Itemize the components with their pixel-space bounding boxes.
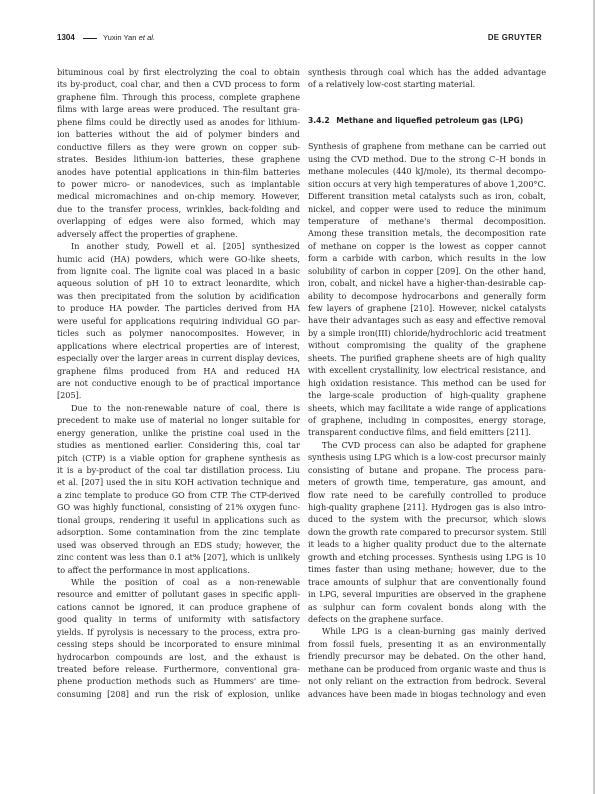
text-line: [205]. <box>57 389 300 401</box>
text-line: While the position of coal as a non-rene… <box>57 576 300 588</box>
text-line: graphene film. Through this process, com… <box>57 91 300 103</box>
text-line: was then precipitated from the solution … <box>57 290 300 302</box>
text-line: In another study, Powell et al. [205] sy… <box>57 240 300 252</box>
text-line: in LPG, several impurities are observed … <box>308 588 546 600</box>
text-line: to produce HA powder. The particles deri… <box>57 302 300 314</box>
header-dash <box>83 38 97 39</box>
text-line: et al. [207] used the in situ KOH activa… <box>57 476 300 488</box>
text-line: energy generation, unlike the pristine c… <box>57 427 300 439</box>
text-line: consuming [208] and run the risk of expl… <box>57 688 300 700</box>
text-line: temperature of methane's thermal decompo… <box>308 215 546 227</box>
text-line: conductive fillers as they were grown on… <box>57 141 300 153</box>
text-line: phene production methods such as Hummers… <box>57 675 300 687</box>
text-line: cessing steps should be incorporated to … <box>57 638 300 650</box>
text-line: Among these transition metals, the decom… <box>308 227 546 239</box>
author-name: Yuxin Yan <box>103 33 137 42</box>
text-line: of graphene, including in composites, en… <box>308 414 546 426</box>
text-line: zinc content was less than 0.1 at% [207]… <box>57 551 300 563</box>
text-line: treated before release. Furthermore, con… <box>57 663 300 675</box>
text-line: of a relatively low-cost starting materi… <box>308 78 546 90</box>
text-line: tional groups, rendering it useful in ap… <box>57 514 300 526</box>
text-line: ticles such as polymer nanocomposites. H… <box>57 327 300 339</box>
text-line: high-quality graphene [211]. Hydrogen ga… <box>308 501 546 513</box>
text-line: methane can be produced from organic was… <box>308 663 546 675</box>
text-line: adsorption. Some contamination from the … <box>57 526 300 538</box>
text-line: aqueous solution of pH 10 to extract leo… <box>57 277 300 289</box>
text-line: it leads to a higher quality product due… <box>308 538 546 550</box>
text-line: applications where electrical properties… <box>57 340 300 352</box>
text-line: times faster than using methane; however… <box>308 563 546 575</box>
publisher-name: DE GRUYTER <box>488 33 542 42</box>
text-line: due to the transfer process, wrinkles, b… <box>57 203 300 215</box>
text-line: precedent to make use of material no lon… <box>57 414 300 426</box>
text-line: Different transition metal catalysts suc… <box>308 190 546 202</box>
text-line: ability to decompose hydrocarbons and ge… <box>308 290 546 302</box>
right-column-body: Synthesis of graphene from methane can b… <box>308 140 546 700</box>
right-column: synthesis through coal which has the add… <box>308 66 546 700</box>
text-line: transparent conductive films, and field … <box>308 426 546 438</box>
text-line: trace amounts of sulphur that are conven… <box>308 576 546 588</box>
section-title: Methane and liquefied petroleum gas (LPG… <box>336 116 523 125</box>
text-line: using the CVD method. Due to the strong … <box>308 153 546 165</box>
text-line: used was observed through an EDS study; … <box>57 539 300 551</box>
text-line: friendly precursor may be debated. On th… <box>308 650 546 662</box>
text-line: were useful for applications requiring i… <box>57 315 300 327</box>
text-line: nickel, and copper were used to reduce t… <box>308 203 546 215</box>
text-line: growth and etching processes. Synthesis … <box>308 551 546 563</box>
text-line: studies as mentioned earlier. Considerin… <box>57 439 300 451</box>
text-line: sition occurs at very high temperatures … <box>308 178 546 190</box>
text-line: a zinc template to produce GO from CTP. … <box>57 489 300 501</box>
text-line: synthesis using LPG which is a low-cost … <box>308 451 546 463</box>
text-line: to power micro- or nanodevices, such as … <box>57 178 300 190</box>
text-line: adversely affect the properties of graph… <box>57 228 300 240</box>
text-line: as sulphur can form covalent bonds along… <box>308 601 546 613</box>
text-line: hydrocarbon compounds are lost, and the … <box>57 651 300 663</box>
text-line: are not conductive enough to be of pract… <box>57 377 300 389</box>
text-line: it is a by-product of the coal tar disti… <box>57 464 300 476</box>
header-author: Yuxin Yan et al. <box>103 33 155 42</box>
text-line: ion batteries without the aid of polymer… <box>57 128 300 140</box>
text-line: medical micromachines and on-chip memory… <box>57 190 300 202</box>
text-line: pitch (CTP) is a viable option for graph… <box>57 452 300 464</box>
text-line: phene films could be directly used as an… <box>57 116 300 128</box>
text-line: without compromising the quality of the … <box>308 339 546 351</box>
text-line: synthesis through coal which has the add… <box>308 66 546 78</box>
text-line: have their advantages such as easy and e… <box>308 314 546 326</box>
text-line: duced to the system with the precursor, … <box>308 513 546 525</box>
text-line: consisting of butane and propane. The pr… <box>308 464 546 476</box>
text-line: While LPG is a clean-burning gas mainly … <box>308 625 546 637</box>
text-line: solubility of carbon in copper [209]. On… <box>308 265 546 277</box>
right-column-intro: synthesis through coal which has the add… <box>308 66 546 91</box>
text-line: graphene films produced from HA and redu… <box>57 365 300 377</box>
text-line: form a carbide with carbon, which result… <box>308 252 546 264</box>
text-line: resource and emitter of pollutant gases … <box>57 588 300 600</box>
author-suffix: et al. <box>139 33 155 42</box>
text-line: defects on the graphene surface. <box>308 613 546 625</box>
text-line: iron, cobalt, and nickel have a higher-t… <box>308 277 546 289</box>
text-line: Due to the non-renewable nature of coal,… <box>57 402 300 414</box>
text-line: to affect the performance in most applic… <box>57 564 300 576</box>
text-line: yields. If pyrolysis is necessary to the… <box>57 626 300 638</box>
text-line: by a simple iron(III) chloride/hydrochlo… <box>308 327 546 339</box>
section-heading: 3.4.2 Methane and liquefied petroleum ga… <box>308 115 546 127</box>
text-line: meters of growth time, temperature, gas … <box>308 476 546 488</box>
text-line: methane molecules (440 kJ/mole), its the… <box>308 165 546 177</box>
text-line: few layers of graphene [210]. However, n… <box>308 302 546 314</box>
text-line: from lignite coal. The lignite coal was … <box>57 265 300 277</box>
text-line: sheets, which may facilitate a wide rang… <box>308 402 546 414</box>
section-number: 3.4.2 <box>308 116 330 125</box>
text-line: the large-scale production of high-quali… <box>308 389 546 401</box>
text-line: down the growth rate compared to precurs… <box>308 526 546 538</box>
text-line: humic acid (HA) powders, which were GO-l… <box>57 253 300 265</box>
text-line: films with large areas were produced. Th… <box>57 103 300 115</box>
text-line: Synthesis of graphene from methane can b… <box>308 140 546 152</box>
left-column: bituminous coal by first electrolyzing t… <box>57 66 300 700</box>
text-line: The CVD process can also be adapted for … <box>308 439 546 451</box>
text-line: anodes have potential applications in th… <box>57 166 300 178</box>
text-line: overlapping of edges were also formed, w… <box>57 215 300 227</box>
text-line: flow rate need to be carefully controlle… <box>308 489 546 501</box>
text-line: bituminous coal by first electrolyzing t… <box>57 66 300 78</box>
page-number: 1304 <box>57 33 75 42</box>
text-line: of methane on copper is the lowest as co… <box>308 240 546 252</box>
text-line: GO was highly functional, consisting of … <box>57 501 300 513</box>
text-line: advances have been made in biogas techno… <box>308 688 546 700</box>
text-line: from fossil fuels, presenting it as an e… <box>308 638 546 650</box>
text-line: cations cannot be ignored, it can produc… <box>57 601 300 613</box>
running-header: 1304 Yuxin Yan et al. DE GRUYTER <box>57 32 542 46</box>
text-line: its by-product, coal char, and then a CV… <box>57 78 300 90</box>
text-line: good quality in terms of uniformity with… <box>57 613 300 625</box>
text-line: high oxidation resistance. This method c… <box>308 377 546 389</box>
text-line: sheets. The purified graphene sheets are… <box>308 352 546 364</box>
text-line: especially over the larger areas in curr… <box>57 352 300 364</box>
text-line: with excellent crystallinity, low electr… <box>308 364 546 376</box>
text-line: strates. Besides lithium-ion batteries, … <box>57 153 300 165</box>
text-line: not only reliant on the extraction from … <box>308 675 546 687</box>
